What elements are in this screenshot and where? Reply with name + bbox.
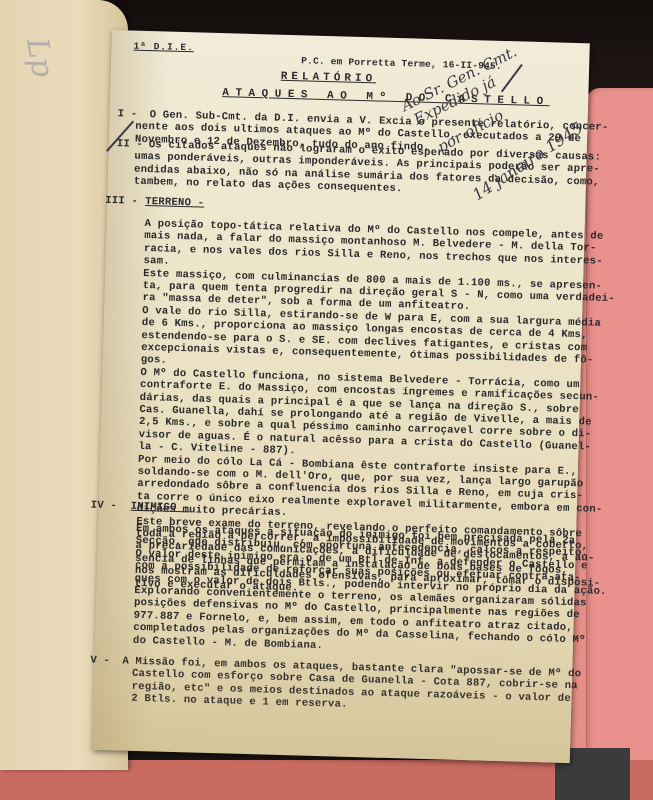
section-heading: TERRENO - — [145, 196, 204, 210]
document-sheet: 1ª D.I.E. P.C. em Porretta Terme, 16-II-… — [92, 30, 590, 763]
body-text-line: gos. — [141, 354, 168, 367]
body-text-line: Castello com esforço sobre Casa de Guane… — [132, 668, 578, 692]
section-heading: INIMIGO - — [131, 501, 190, 515]
body-text-line: completados pelas organizações do Mº da … — [133, 622, 586, 647]
body-text-line: sam. — [143, 255, 170, 268]
body-text-line: do Castello - M. de Bombiana. — [133, 634, 323, 651]
section-number: V - — [90, 655, 110, 668]
section-number: III - — [105, 195, 138, 208]
body-text-line: região, etc" e os meios destinados ao at… — [132, 681, 572, 705]
document-title: RELATÓRIO — [281, 71, 377, 86]
section-number: I - — [117, 108, 137, 121]
left-page-ghost-text: Lp — [19, 35, 60, 80]
pink-folder-front — [586, 88, 653, 800]
handwritten-check-mark — [501, 64, 523, 92]
body-text-line: A Missão foi, em ambos os ataques, basta… — [122, 656, 581, 681]
section-number: II - — [117, 138, 144, 151]
section-number: IV - — [91, 500, 118, 513]
unit-header: 1ª D.I.E. — [133, 41, 194, 55]
body-text-line: 2 Btls. no ataque e 1 em reserva. — [131, 693, 348, 711]
